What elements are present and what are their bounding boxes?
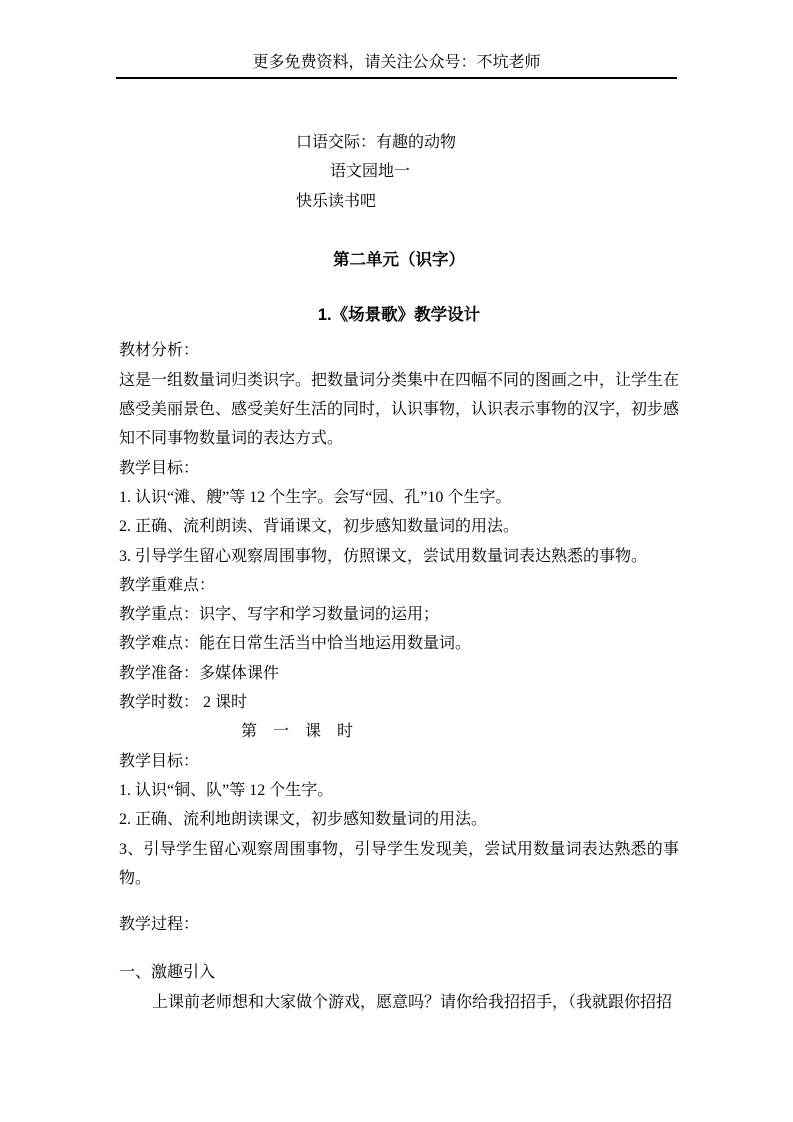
header-rule-divider	[116, 77, 677, 79]
period1-objective-item: 1. 认识“铜、队”等 12 个生字。	[119, 776, 679, 805]
document-page: 更多免费资料，请关注公众号：不坑老师 口语交际：有趣的动物 语文园地一 快乐读书…	[0, 0, 793, 1122]
material-analysis-label: 教材分析：	[119, 336, 679, 365]
period1-objectives-label: 教学目标：	[119, 747, 679, 776]
nav-line-happy-reading: 快乐读书吧	[296, 187, 679, 216]
objective-item: 1. 认识“滩、艘”等 12 个生字。会写“园、孔”10 个生字。	[119, 483, 679, 512]
objectives-label: 教学目标：	[119, 454, 679, 483]
objective-item: 3. 引导学生留心观察周围事物，仿照课文，尝试用数量词表达熟悉的事物。	[119, 542, 679, 571]
objective-item: 2. 正确、流利朗读、背诵课文，初步感知数量词的用法。	[119, 512, 679, 541]
periods-line: 教学时数： 2 课时	[119, 688, 679, 717]
period1-title: 第 一 课 时	[241, 717, 679, 746]
nav-line-garden: 语文园地一	[330, 157, 679, 186]
key-point-difficulty: 教学难点：能在日常生活当中恰当地运用数量词。	[119, 629, 679, 658]
process-label: 教学过程：	[119, 910, 679, 939]
material-analysis-text: 这是一组数量词归类识字。把数量词分类集中在四幅不同的图画之中，让学生在感受美丽景…	[119, 366, 679, 454]
key-point-focus: 教学重点：识字、写字和学习数量词的运用；	[119, 600, 679, 629]
step1-text: 上课前老师想和大家做个游戏，愿意吗？请你给我招招手，（我就跟你招招	[119, 988, 679, 1017]
nav-line-oral-communication: 口语交际：有趣的动物	[296, 128, 679, 157]
period1-objective-item: 2. 正确、流利地朗读课文，初步感知数量词的用法。	[119, 805, 679, 834]
header-note: 更多免费资料，请关注公众号：不坑老师	[0, 51, 793, 75]
period1-objective-item: 3、引导学生留心观察周围事物，引导学生发现美，尝试用数量词表达熟悉的事物。	[119, 835, 679, 894]
preparation-line: 教学准备：多媒体课件	[119, 659, 679, 688]
document-body: 口语交际：有趣的动物 语文园地一 快乐读书吧 第二单元（识字） 1.《场景歌》教…	[119, 128, 679, 1017]
lesson-title: 1.《场景歌》教学设计	[119, 301, 679, 330]
key-points-label: 教学重难点：	[119, 571, 679, 600]
unit-title: 第二单元（识字）	[119, 246, 679, 275]
step1-title: 一、激趣引入	[119, 958, 679, 987]
